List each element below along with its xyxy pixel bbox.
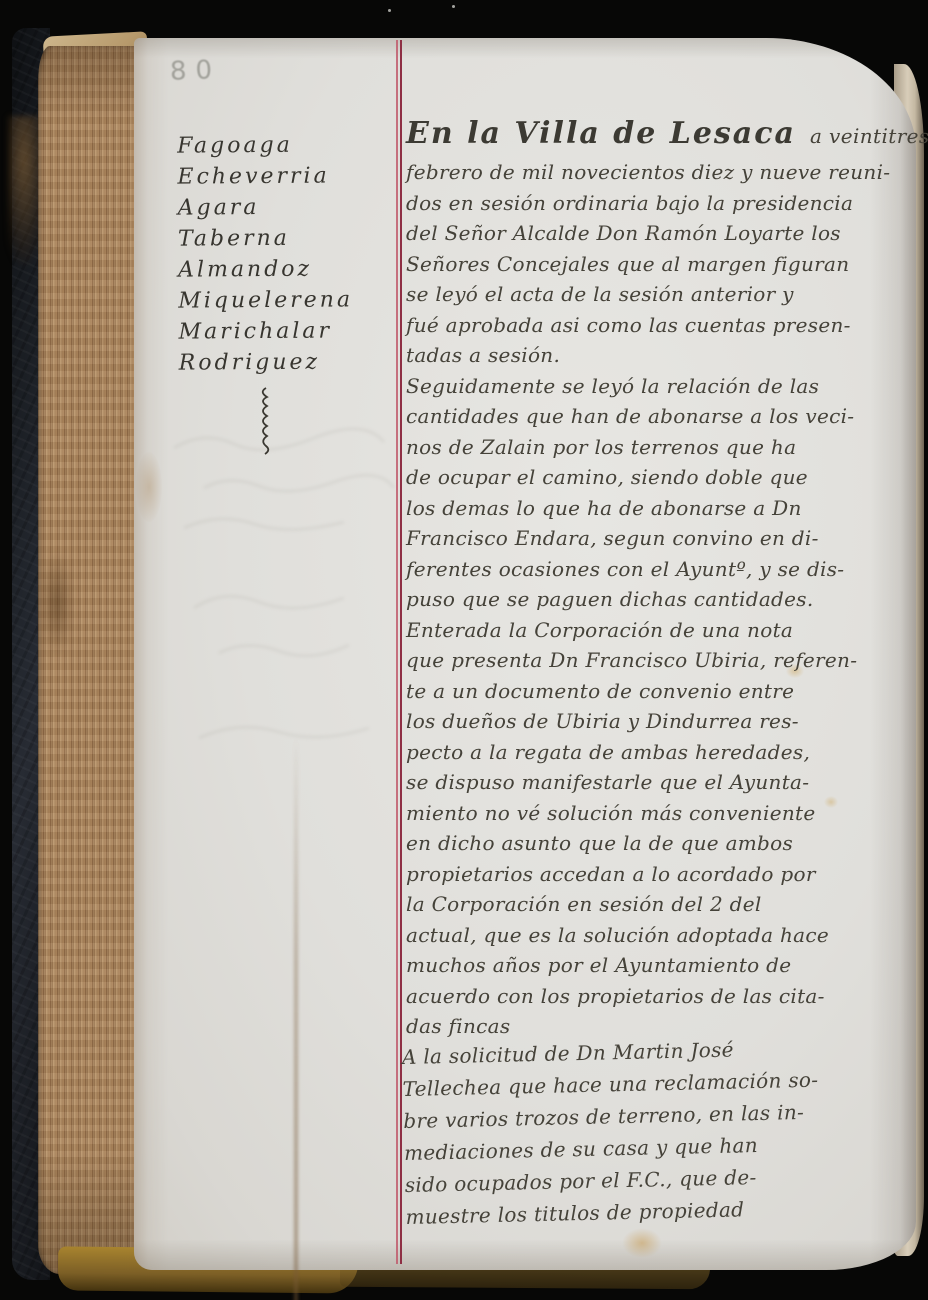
handwritten-line: puso que se paguen dichas cantidades. [406, 587, 918, 618]
margin-name: Echeverria [177, 160, 352, 192]
handwritten-line: la Corporación en sesión del 2 del [406, 892, 918, 923]
handwritten-line: Francisco Endara, segun convino en di- [406, 526, 918, 557]
margin-name-list: FagoagaEcheverriaAgaraTabernaAlmandozMiq… [177, 129, 353, 378]
bleed-through-handwriting [164, 418, 414, 778]
handwritten-line: febrero de mil novecientos diez y nueve … [406, 160, 918, 191]
handwritten-line: dos en sesión ordinaria bajo la presiden… [406, 191, 918, 222]
pencil-page-number: 80 [169, 55, 221, 87]
handwritten-line: cantidades que han de abonarse a los vec… [406, 404, 918, 435]
handwritten-line: se dispuso manifestarle que el Ayunta- [406, 770, 918, 801]
margin-name: Almandoz [178, 253, 353, 285]
margin-name: Agara [178, 191, 353, 223]
handwritten-line: del Señor Alcalde Don Ramón Loyarte los [406, 221, 918, 252]
paragraph-2: Seguidamente se leyó la relación de lasc… [406, 374, 918, 618]
handwritten-line: miento no vé solución más conveniente [406, 801, 918, 832]
margin-rule-line-light [396, 40, 398, 1264]
opening-phrase: En la Villa de Lesaca [406, 116, 796, 151]
margin-name: Marichalar [178, 315, 353, 347]
margin-name: Fagoaga [177, 129, 352, 161]
margin-name: Rodriguez [179, 346, 354, 378]
page-stack-fore-edge [38, 46, 148, 1274]
opening-line: En la Villa de Lesaca a veintitres de [406, 116, 918, 160]
handwritten-line: Enterada la Corporación de una nota [406, 618, 918, 649]
margin-name: Miquelerena [178, 284, 353, 316]
handwritten-line: Señores Concejales que al margen figuran [406, 252, 918, 283]
handwritten-line: te a un documento de convenio entre [406, 679, 918, 710]
handwritten-line: actual, que es la solución adoptada hace [406, 923, 918, 954]
paragraph-4: A la solicitud de Dn Martin JoséTelleche… [402, 1033, 918, 1237]
gutter-shadow [294, 738, 298, 1300]
dust-speck [452, 5, 455, 8]
manuscript-page: 80 FagoagaEcheverriaAgaraTabernaAlmandoz… [134, 38, 916, 1270]
handwritten-line: ferentes ocasiones con el Ayuntº, y se d… [406, 557, 918, 588]
handwritten-line: se leyó el acta de la sesión anterior y [406, 282, 918, 313]
handwritten-text-column: En la Villa de Lesaca a veintitres de fe… [406, 116, 918, 1237]
paragraph-3: Enterada la Corporación de una notaque p… [406, 618, 918, 1045]
fore-edge-stain [40, 548, 74, 658]
handwritten-line: fué aprobada asi como las cuentas presen… [406, 313, 918, 344]
handwritten-line: nos de Zalain por los terrenos que ha [406, 435, 918, 466]
handwritten-line: los demas lo que ha de abonarse a Dn [406, 496, 918, 527]
handwritten-line: los dueños de Ubiria y Dindurrea res- [406, 709, 918, 740]
handwritten-line: acuerdo con los propietarios de las cita… [406, 984, 918, 1015]
handwritten-line: de ocupar el camino, siendo doble que [406, 465, 918, 496]
handwritten-line: que presenta Dn Francisco Ubiria, refere… [406, 648, 918, 679]
margin-name: Taberna [178, 222, 353, 254]
handwritten-line: en dicho asunto que la de que ambos [406, 831, 918, 862]
handwritten-line: propietarios accedan a lo acordado por [406, 862, 918, 893]
handwritten-line: muchos años por el Ayuntamiento de [406, 953, 918, 984]
opening-phrase-continuation: a veintitres de [810, 124, 928, 148]
flourish-mark [254, 386, 274, 456]
handwritten-line: pecto a la regata de ambas heredades, [406, 740, 918, 771]
handwritten-line: tadas a sesión. [406, 343, 918, 374]
dust-speck [388, 9, 391, 12]
paragraph-1: febrero de mil novecientos diez y nueve … [406, 160, 918, 374]
handwritten-line: Seguidamente se leyó la relación de las [406, 374, 918, 405]
paper-stain [136, 452, 162, 522]
